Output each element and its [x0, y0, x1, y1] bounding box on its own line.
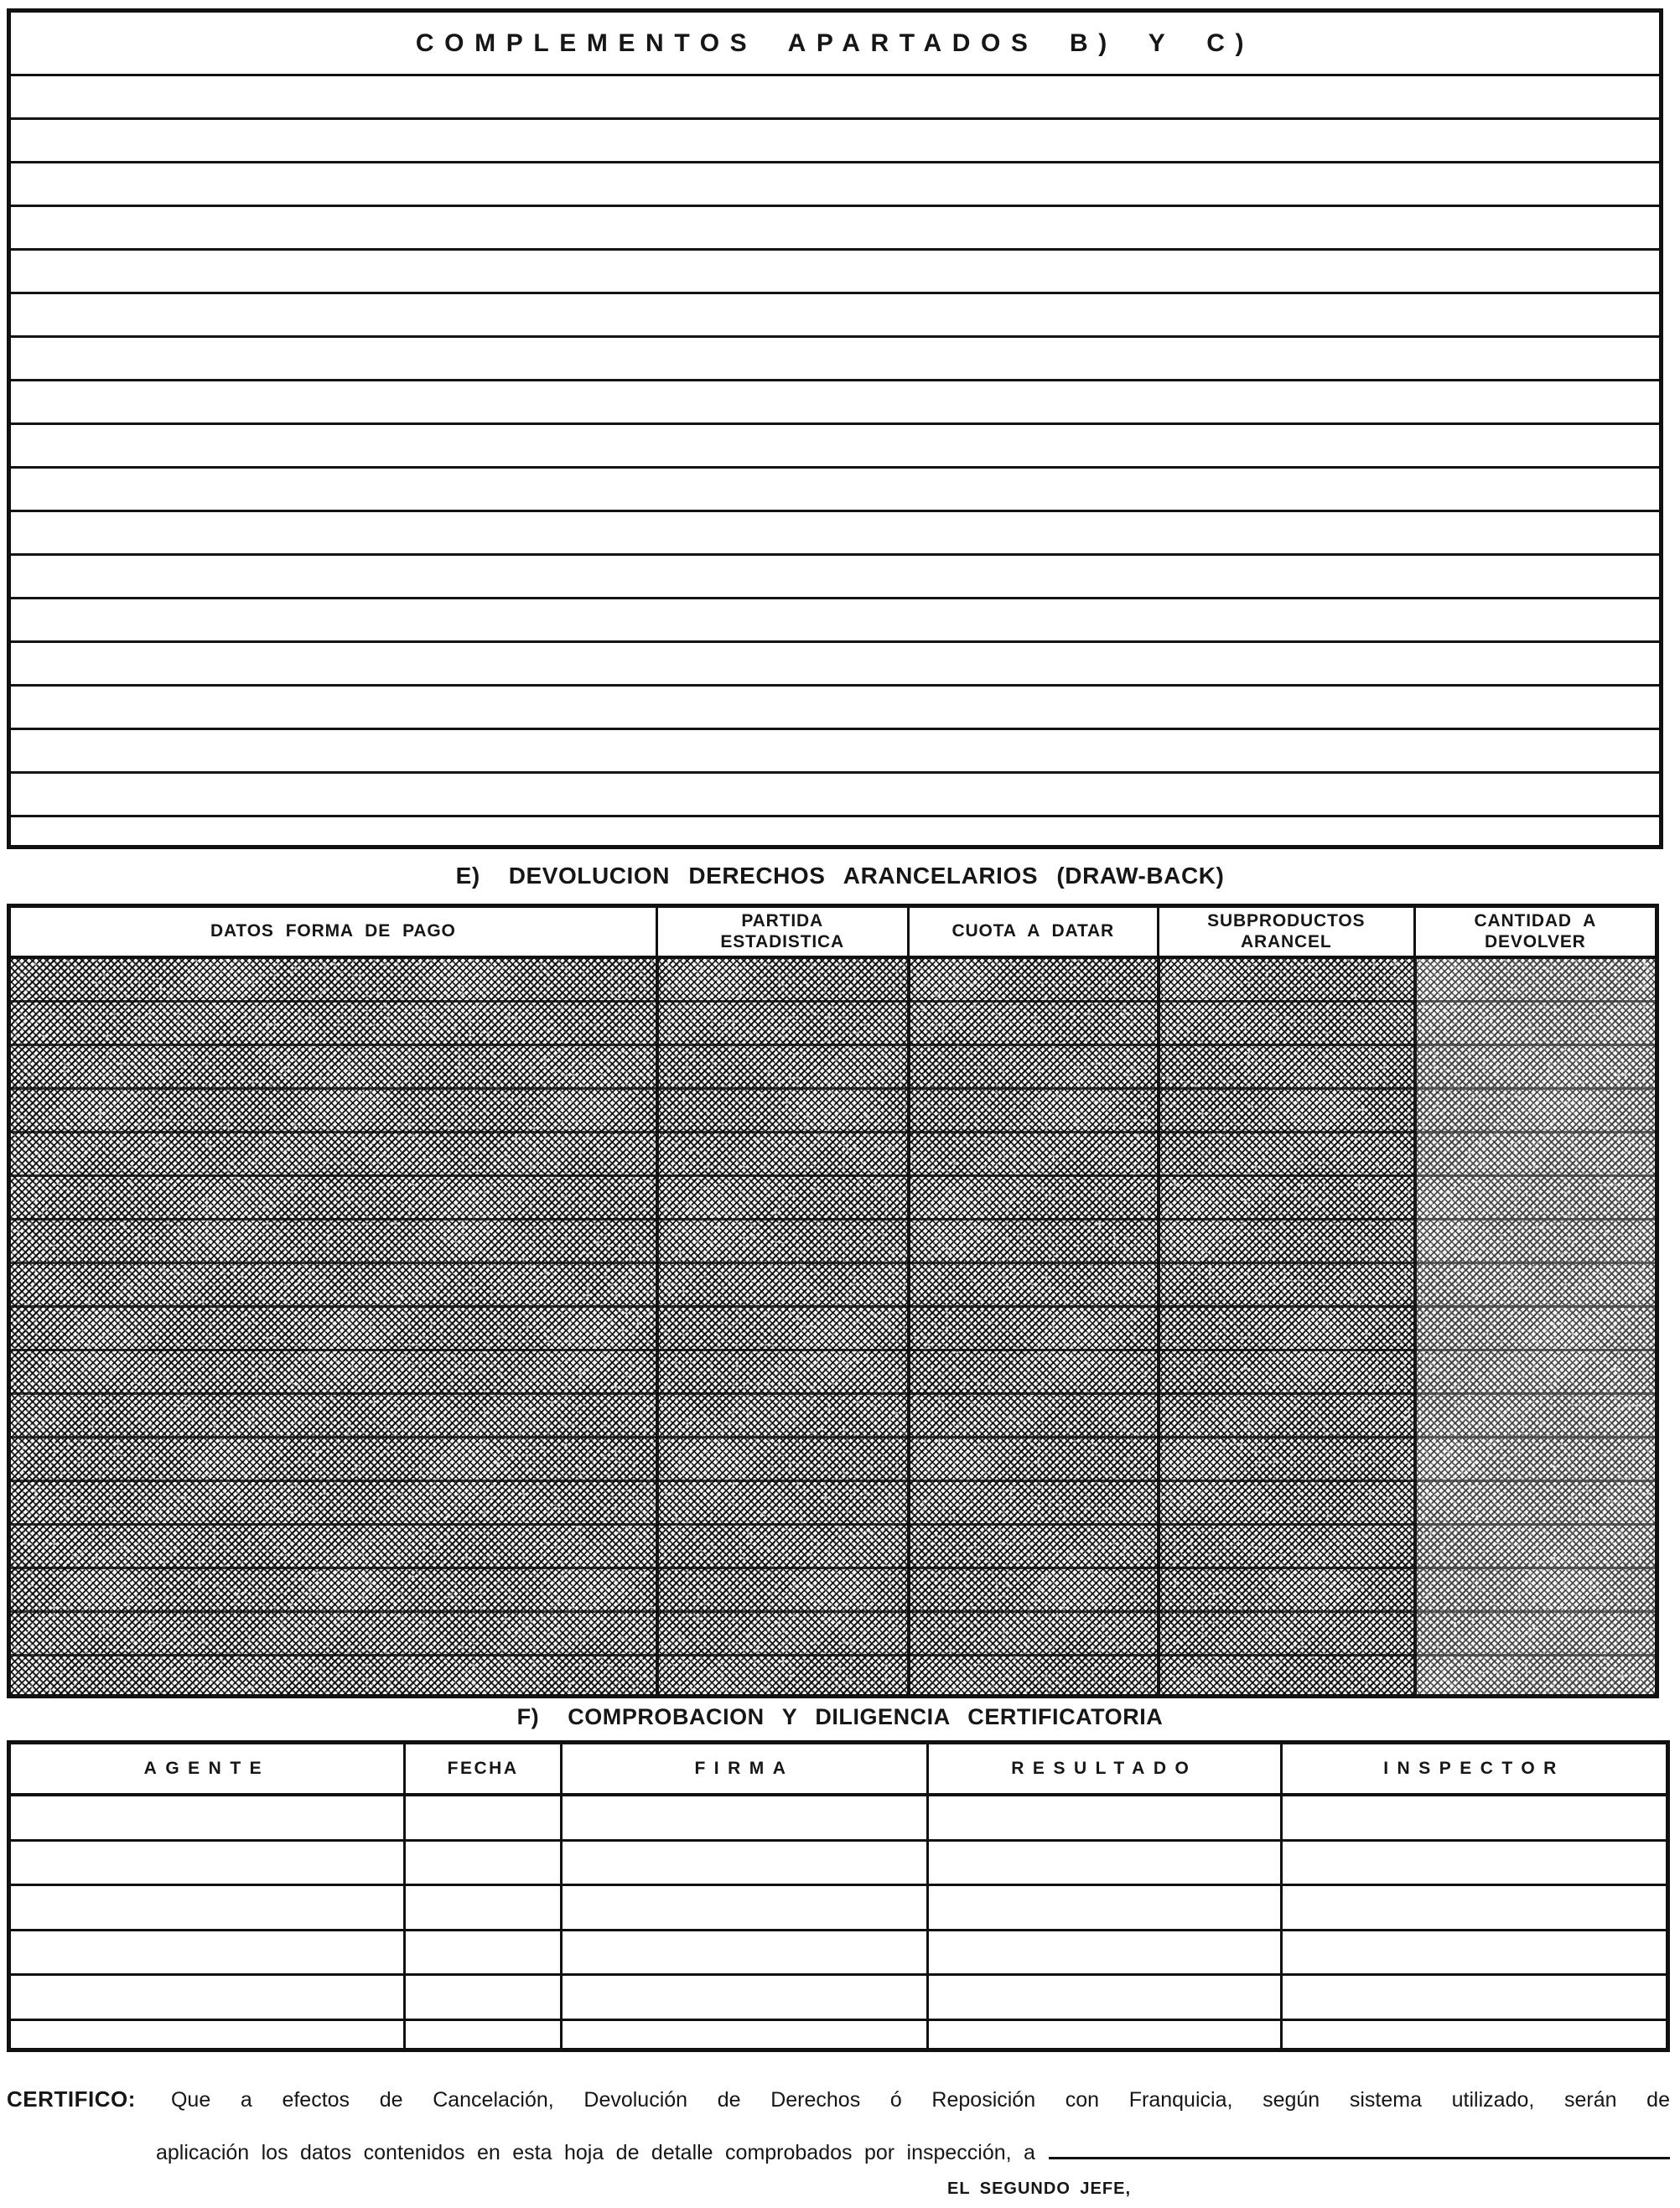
- column-header-fecha: FECHA: [403, 1744, 561, 1793]
- scanned-customs-form-page: { "colors": { "ink": "#161616", "paper":…: [0, 0, 1680, 2208]
- comprobacion-header-row: AGENTE FECHA FIRMA RESULTADO INSPECTOR: [11, 1744, 1666, 1796]
- table-row: [11, 1931, 1666, 1977]
- section-f-heading: F)COMPROBACION Y DILIGENCIA CERTIFICATOR…: [0, 1704, 1680, 1730]
- complementos-title: COMPLEMENTOS APARTADOS B) Y C): [11, 13, 1659, 76]
- table-row: [11, 2021, 1666, 2048]
- table-row: [11, 1976, 1666, 2021]
- complementos-ruled-lines: [11, 76, 1659, 845]
- section-e-heading: E)DEVOLUCION DERECHOS ARANCELARIOS (DRAW…: [0, 863, 1680, 889]
- comprobacion-table: AGENTE FECHA FIRMA RESULTADO INSPECTOR: [7, 1740, 1670, 2052]
- certification-line-2: aplicación los datos contenidos en esta …: [156, 2136, 1670, 2167]
- column-header-cuota-a-datar: CUOTA A DATAR: [907, 908, 1157, 956]
- drawback-table: DATOS FORMA DE PAGO PARTIDAESTADISTICA C…: [7, 904, 1659, 1698]
- table-row: [11, 1842, 1666, 1887]
- complementos-box: COMPLEMENTOS APARTADOS B) Y C): [7, 8, 1663, 849]
- column-header-agente: AGENTE: [11, 1744, 403, 1793]
- column-header-firma: FIRMA: [560, 1744, 926, 1793]
- column-header-partida-estadistica: PARTIDAESTADISTICA: [656, 908, 907, 956]
- certification-block: CERTIFICO: Que a efectos de Cancelación,…: [7, 2086, 1670, 2200]
- column-header-cantidad-a-devolver: CANTIDAD ADEVOLVER: [1413, 908, 1655, 956]
- section-e-letter: E): [456, 863, 480, 889]
- comprobacion-body: [11, 1796, 1666, 2048]
- column-header-inspector: INSPECTOR: [1280, 1744, 1666, 1793]
- certification-text-2: aplicación los datos contenidos en esta …: [156, 2139, 1035, 2167]
- certification-text-1: Que a efectos de Cancelación, Devolución…: [171, 2086, 1670, 2114]
- drawback-header-row: DATOS FORMA DE PAGO PARTIDAESTADISTICA C…: [11, 908, 1655, 959]
- section-f-letter: F): [517, 1704, 540, 1729]
- certifico-label: CERTIFICO:: [7, 2086, 136, 2114]
- section-e-title: DEVOLUCION DERECHOS ARANCELARIOS (DRAW-B…: [509, 863, 1225, 889]
- table-row: [11, 1796, 1666, 1842]
- drawback-column-dividers: [11, 959, 1655, 1694]
- certification-line-1: CERTIFICO: Que a efectos de Cancelación,…: [7, 2086, 1670, 2114]
- drawback-shaded-body: [11, 959, 1655, 1694]
- column-header-resultado: RESULTADO: [926, 1744, 1280, 1793]
- column-header-datos-forma-de-pago: DATOS FORMA DE PAGO: [11, 908, 656, 956]
- fill-in-blank-line: [1049, 2136, 1670, 2159]
- column-header-subproductos-arancel: SUBPRODUCTOSARANCEL: [1157, 908, 1413, 956]
- signer-title: EL SEGUNDO JEFE,: [947, 2178, 1670, 2200]
- table-row: [11, 1886, 1666, 1931]
- section-f-title: COMPROBACION Y DILIGENCIA CERTIFICATORIA: [568, 1704, 1163, 1729]
